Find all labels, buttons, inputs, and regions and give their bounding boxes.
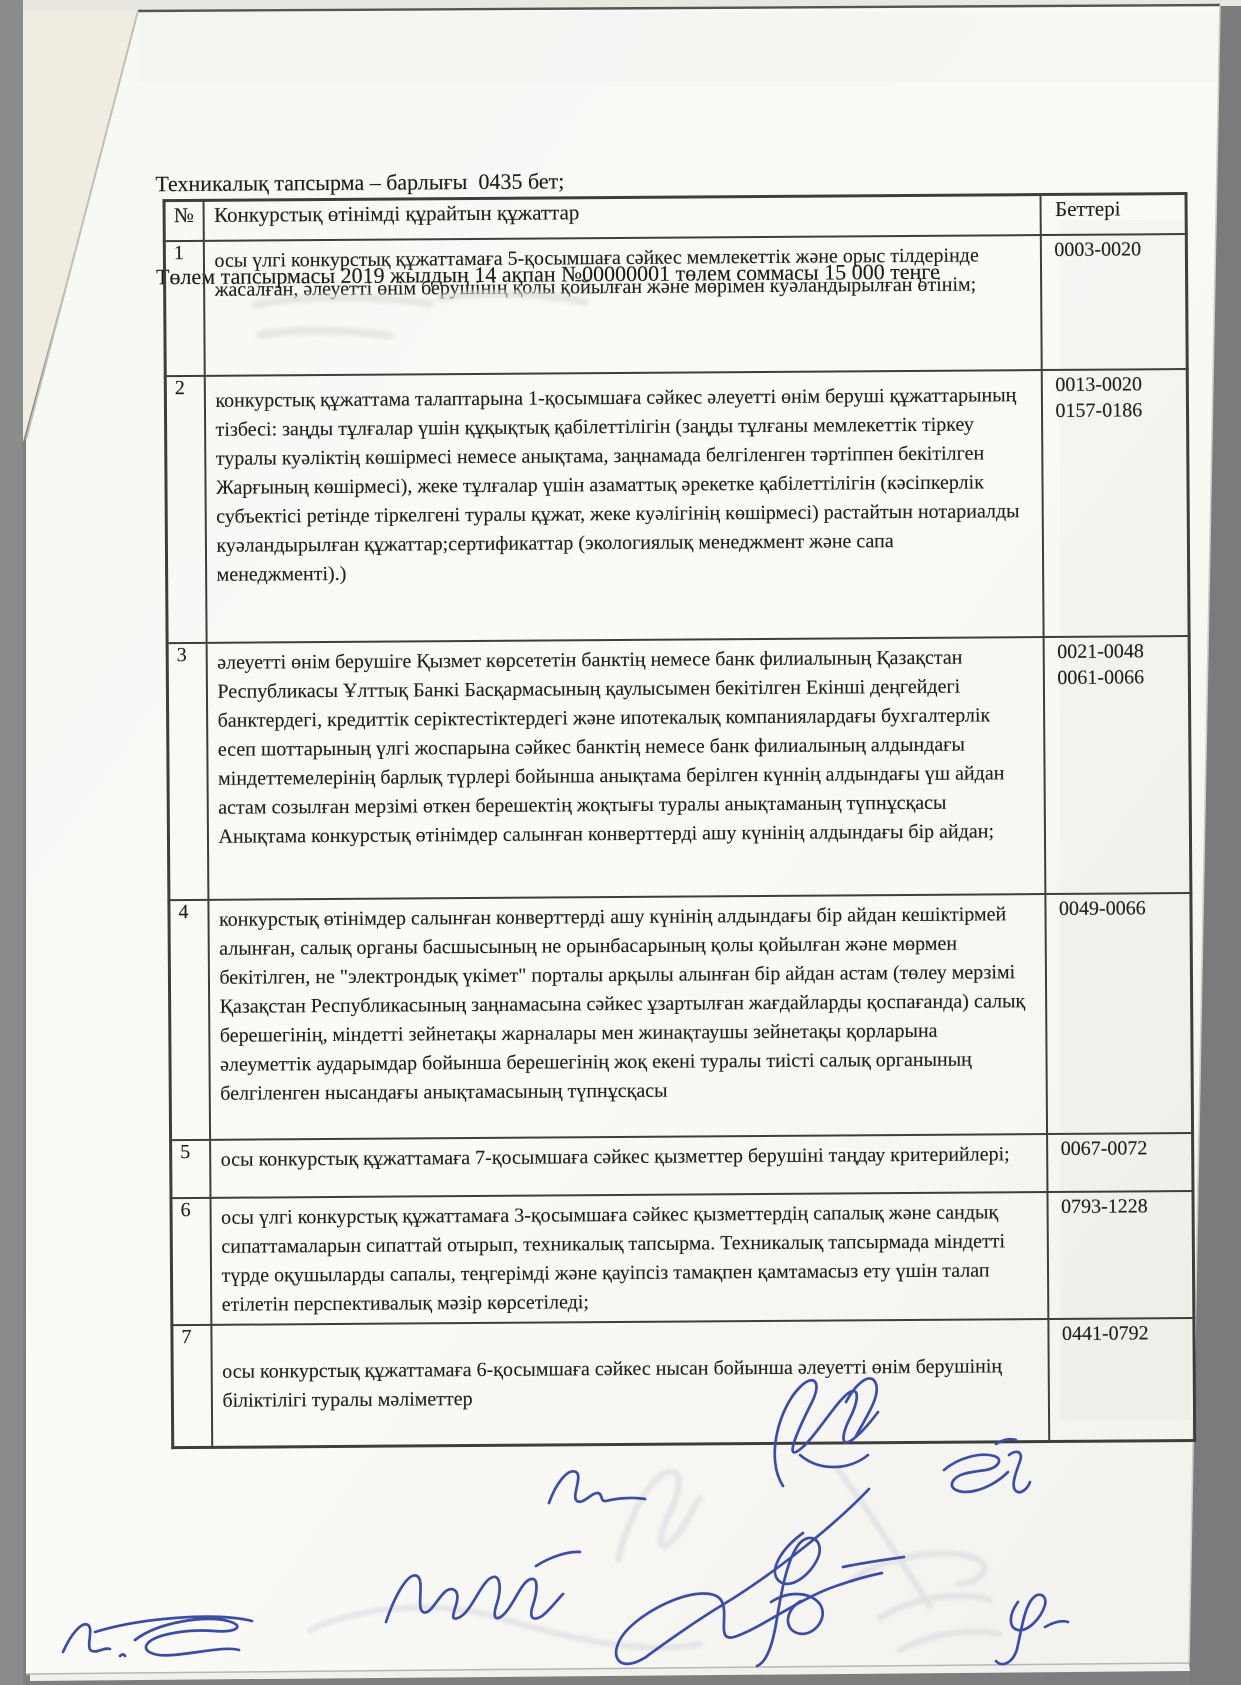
row-number: 3: [167, 643, 208, 900]
column-header-pages: Беттері: [1040, 194, 1186, 236]
row-text: осы үлгі конкурстық құжаттамаға 5-қосымш…: [203, 235, 1041, 376]
page-content: Техникалық тапсырма – барлығы 0435 бет; …: [0, 0, 1241, 1685]
table-row: 4 конкурстық өтінімдер салынған конвертт…: [169, 893, 1193, 1140]
table-row: 6 осы үлгі конкурстық құжаттамаға 3-қосы…: [171, 1191, 1194, 1325]
scanned-document-page: Техникалық тапсырма – барлығы 0435 бет; …: [0, 0, 1241, 1685]
row-number: 1: [164, 241, 204, 376]
row-number: 2: [165, 376, 206, 643]
row-pages: 0049-0066: [1045, 893, 1193, 1134]
column-header-number: №: [164, 200, 203, 241]
row-text: осы үлгі конкурстық құжаттамаға 3-қосымш…: [210, 1192, 1048, 1325]
row-text: әлеуетті өнім берушіге Қызмет көрсететін…: [206, 637, 1045, 900]
row-number: 6: [171, 1198, 211, 1325]
table-row: 7 осы конкурстық құжаттамаға 6-қосымшаға…: [172, 1318, 1195, 1448]
row-text: осы конкурстық құжаттамаға 6-қосымшаға с…: [211, 1319, 1049, 1447]
row-number: 5: [171, 1140, 210, 1198]
row-number: 7: [172, 1325, 212, 1448]
row-text: конкурстық өтінімдер салынған конверттер…: [208, 894, 1047, 1140]
row-pages: 0021-0048 0061-0066: [1043, 636, 1191, 894]
table-row: 3 әлеуетті өнім берушіге Қызмет көрсетет…: [167, 636, 1191, 900]
column-header-documents: Конкурстық өтінімді құрайтын құжаттар: [203, 195, 1040, 241]
row-number: 4: [169, 900, 210, 1140]
row-pages: 0003-0020: [1040, 234, 1187, 370]
row-pages: 0793-1228: [1047, 1191, 1194, 1319]
documents-table: № Конкурстық өтінімді құрайтын құжаттар …: [163, 192, 1197, 1449]
row-pages: 0441-0792: [1048, 1318, 1195, 1442]
table-row: 1 осы үлгі конкурстық құжаттамаға 5-қосы…: [164, 234, 1187, 376]
row-pages: 0067-0072: [1047, 1133, 1193, 1192]
table-row: 2 конкурстық құжаттама талаптарына 1-қос…: [165, 369, 1189, 643]
row-pages: 0013-0020 0157-0186: [1041, 369, 1189, 637]
row-text: осы конкурстық құжаттамаға 7-қосымшаға с…: [210, 1134, 1047, 1198]
table-row: 5 осы конкурстық құжаттамаға 7-қосымшаға…: [171, 1133, 1193, 1198]
row-text: конкурстық құжаттама талаптарына 1-қосым…: [204, 370, 1043, 643]
table-header-row: № Конкурстық өтінімді құрайтын құжаттар …: [164, 194, 1186, 242]
